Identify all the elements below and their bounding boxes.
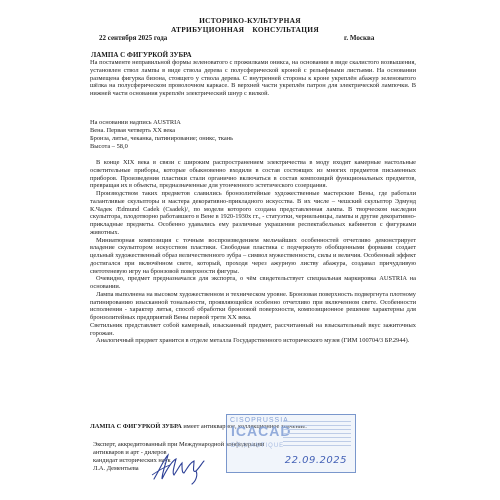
stamp-date: 22.09.2025 bbox=[285, 455, 347, 466]
meta-height: Высота – 58,0 bbox=[90, 143, 233, 151]
meta-inscription: На основании надпись AUSTRIA bbox=[90, 119, 233, 127]
object-title: ЛАМПА С ФИГУРКОЙ ЗУБРА bbox=[91, 51, 192, 59]
document-date: 22 сентября 2025 года bbox=[99, 34, 167, 42]
document-title-line2: АТРИБУЦИОННАЯ КОНСУЛЬТАЦИЯ bbox=[0, 25, 495, 34]
signature-icon bbox=[150, 449, 210, 485]
object-meta: На основании надпись AUSTRIA Вена. Перва… bbox=[90, 119, 233, 151]
paragraph: Аналогичный предмет хранится в отделе ме… bbox=[90, 337, 416, 345]
conclusion-subject: ЛАМПА С ФИГУРКОЙ ЗУБРА bbox=[90, 423, 182, 430]
document-title-line1: ИСТОРИКО-КУЛЬТУРНАЯ bbox=[0, 16, 500, 25]
meta-materials: Бронза, литье, чеканка, патинирование; о… bbox=[90, 135, 233, 143]
stamp-lower-text: DE L'ANTIQUE bbox=[231, 443, 284, 449]
document-city: г. Москва bbox=[344, 34, 374, 42]
body-text: В конце XIX века в связи с широким распр… bbox=[90, 159, 416, 345]
paragraph: Миниатюрная композиция с точным воспроиз… bbox=[90, 237, 416, 276]
object-description: На постаменте неправильной формы зеленов… bbox=[90, 59, 416, 98]
document-page: ИСТОРИКО-КУЛЬТУРНАЯ АТРИБУЦИОННАЯ КОНСУЛ… bbox=[0, 0, 500, 500]
paragraph: Очевидно, предмет предназначался для экс… bbox=[90, 275, 416, 291]
paragraph: Светильник представляет собой камерный, … bbox=[90, 322, 416, 338]
official-stamp: CISOPRUSSIA ICACAD DE L'ANTIQUE 22.09.20… bbox=[226, 414, 356, 473]
stamp-text-lines bbox=[283, 418, 351, 449]
paragraph: Производством таких предметов славились … bbox=[90, 190, 416, 237]
paragraph: В конце XIX века в связи с широким распр… bbox=[90, 159, 416, 190]
meta-origin: Вена. Первая четверть XX века bbox=[90, 127, 233, 135]
paragraph: Лампа выполнена на высоком художественно… bbox=[90, 291, 416, 322]
object-description-text: На постаменте неправильной формы зеленов… bbox=[90, 59, 416, 98]
